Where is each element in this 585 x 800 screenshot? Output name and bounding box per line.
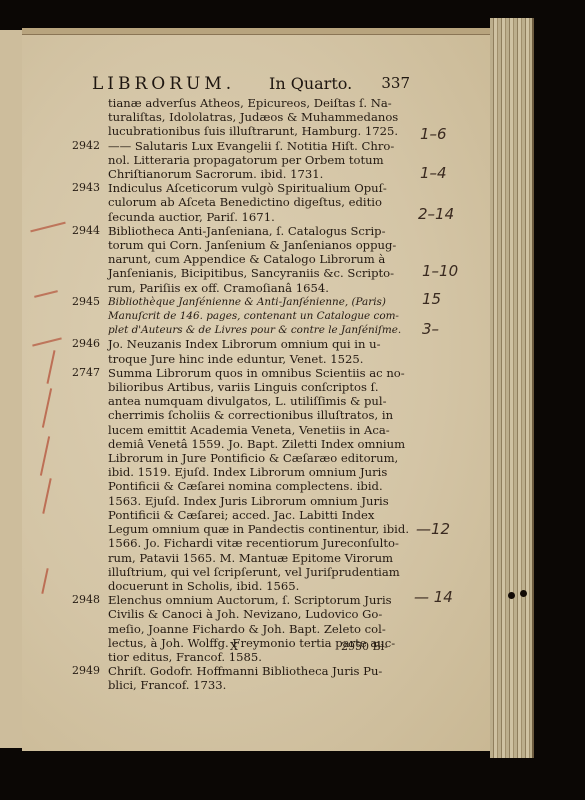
running-title: LIBRORUM. — [92, 74, 235, 94]
red-pencil-mark — [42, 388, 52, 428]
catalogue-entry: 2949 Chriſt. Godofr. Hoffmanni Bibliothe… — [72, 664, 412, 692]
entry-line: tianæ adverſus Atheos, Epicureos, Deiſta… — [108, 96, 412, 110]
entry-line: Janſenianis, Bicipitibus, Sancyraniis &c… — [108, 266, 412, 280]
entry-line: lucubrationibus ſuis illuſtrarunt, Hambu… — [108, 124, 412, 138]
entry-line: —— Salutaris Lux Evangelii ſ. Notitia Hi… — [108, 139, 412, 153]
signature-mark: X — [230, 640, 238, 653]
entry-line: blici, Francof. 1733. — [108, 678, 412, 692]
entry-line: illuſtrium, qui vel ſcripſerunt, vel Jur… — [108, 565, 412, 579]
catalogue-entry: 2942 —— Salutaris Lux Evangelii ſ. Notit… — [72, 139, 412, 182]
entry-line: plet d'Auteurs & de Livres pour & contre… — [108, 323, 412, 337]
price-annotation: 1–6 — [420, 125, 447, 143]
entry-line: Pontificii & Cæſarei nomina complectens.… — [108, 479, 412, 493]
entry-line: cherrimis ſcholiis & correctionibus illu… — [108, 408, 412, 422]
entry-line: Manuſcrit de 146. pages, contenant un Ca… — [108, 309, 412, 323]
catalogue-entry: 2945 Bibliothèque Janſénienne & Anti-Jan… — [72, 295, 412, 338]
red-pencil-mark — [32, 337, 62, 346]
entry-line: Bibliotheca Anti-Janſeniana, ſ. Catalogu… — [108, 224, 412, 238]
red-pencil-mark — [30, 222, 65, 233]
catalogue-entry: 2747 Summa Librorum quos in omnibus Scie… — [72, 366, 412, 593]
entry-line: 1563. Ejuſd. Index Juris Librorum omnium… — [108, 494, 412, 508]
page-number: 337 — [381, 74, 410, 92]
entry-number: 2944 — [72, 224, 100, 238]
red-pencil-mark — [34, 290, 58, 298]
entry-line: lucem emittit Academia Veneta, Venetiis … — [108, 423, 412, 437]
entry-number: 2942 — [72, 139, 100, 153]
red-pencil-mark — [41, 568, 48, 594]
entry-line: meſio, Joanne Fichardo & Joh. Bapt. Zele… — [108, 622, 412, 636]
entry-line: ſecunda auctior, Pariſ. 1671. — [108, 210, 412, 224]
wormhole — [508, 592, 515, 599]
entry-line: Civilis & Canoci à Joh. Nevizano, Ludovi… — [108, 607, 412, 621]
entry-line: Legum omnium quæ in Pandectis continentu… — [108, 522, 412, 536]
entry-line: rum, Pariſiis ex off. Cramoſianâ 1654. — [108, 281, 412, 295]
entry-line: troque Jure hinc inde eduntur, Venet. 15… — [108, 352, 412, 366]
price-annotation: — 14 — [414, 588, 453, 606]
entry-line: docuerunt in Scholis, ibid. 1565. — [108, 579, 412, 593]
catalogue-entry: 2948 Elenchus omnium Auctorum, ſ. Script… — [72, 593, 412, 664]
entry-number: 2945 — [72, 295, 100, 309]
price-annotation: 2–14 — [418, 205, 454, 223]
price-annotation: 1–4 — [420, 164, 447, 182]
entry-line: antea numquam divulgatos, L. utiliſſimis… — [108, 394, 412, 408]
page-header: LIBRORUM. In Quarto. 337 — [92, 74, 410, 96]
entry-number: 2747 — [72, 366, 100, 380]
price-annotation: 3– — [422, 320, 439, 338]
catalogue-entry: 2943 Indiculus Aſceticorum vulgò Spiritu… — [72, 181, 412, 224]
entry-number: 2948 — [72, 593, 100, 607]
entry-line: Summa Librorum quos in omnibus Scientiis… — [108, 366, 412, 380]
entry-number: 2943 — [72, 181, 100, 195]
catchword: 2950 Bi- — [341, 640, 388, 653]
entry-line: Librorum in Jure Pontificio & Cæſaræo ed… — [108, 451, 412, 465]
entry-number: 2949 — [72, 664, 100, 678]
price-annotation: —12 — [416, 520, 450, 538]
entry-line: rum, Patavii 1565. M. Mantuæ Epitome Vir… — [108, 551, 412, 565]
price-annotation: 15 — [422, 290, 441, 308]
entry-line: Chriſt. Godofr. Hoffmanni Bibliotheca Ju… — [108, 664, 412, 678]
entry-line: demiâ Venetâ 1559. Jo. Bapt. Ziletti Ind… — [108, 437, 412, 451]
entry-line: ibid. 1519. Ejuſd. Index Librorum omnium… — [108, 465, 412, 479]
entry-line: Indiculus Aſceticorum vulgò Spiritualium… — [108, 181, 412, 195]
wormhole — [520, 590, 527, 597]
red-pencil-mark — [46, 350, 55, 384]
section-title: In Quarto. — [269, 74, 352, 93]
entry-line: narunt, cum Appendice & Catalogo Libroru… — [108, 252, 412, 266]
entry-line: nol. Litteraria propagatorum per Orbem t… — [108, 153, 412, 167]
catalogue-entry: 2944 Bibliotheca Anti-Janſeniana, ſ. Cat… — [72, 224, 412, 295]
entry-line: 1566. Jo. Fichardi vitæ recentiorum Jure… — [108, 536, 412, 550]
facing-page-edge — [0, 30, 23, 748]
catalogue-text: tianæ adverſus Atheos, Epicureos, Deiſta… — [72, 96, 412, 693]
entry-number: 2946 — [72, 337, 100, 351]
entry-line: bilioribus Artibus, variis Linguis conſc… — [108, 380, 412, 394]
book-page: LIBRORUM. In Quarto. 337 tianæ adverſus … — [22, 28, 490, 751]
entry-line: Bibliothèque Janſénienne & Anti-Janſénie… — [108, 295, 412, 309]
catalogue-entry: tianæ adverſus Atheos, Epicureos, Deiſta… — [72, 96, 412, 139]
price-annotation: 1–10 — [422, 262, 458, 280]
book-fore-edge — [490, 18, 534, 758]
page-top-edge — [22, 28, 490, 35]
entry-line: Pontificii & Cæſarei; acced. Jac. Labitt… — [108, 508, 412, 522]
red-pencil-mark — [42, 478, 51, 514]
catalogue-entry: 2946 Jo. Neuzanis Index Librorum omnium … — [72, 337, 412, 365]
entry-line: culorum ab Aſceta Benedictino digeſtus, … — [108, 195, 412, 209]
entry-line: Chriſtianorum Sacrorum. ibid. 1731. — [108, 167, 412, 181]
entry-line: turaliſtas, Idololatras, Judæos & Muhamm… — [108, 110, 412, 124]
entry-line: torum qui Corn. Janſenium & Janſenianos … — [108, 238, 412, 252]
red-pencil-mark — [40, 436, 50, 476]
entry-line: Elenchus omnium Auctorum, ſ. Scriptorum … — [108, 593, 412, 607]
entry-line: Jo. Neuzanis Index Librorum omnium qui i… — [108, 337, 412, 351]
